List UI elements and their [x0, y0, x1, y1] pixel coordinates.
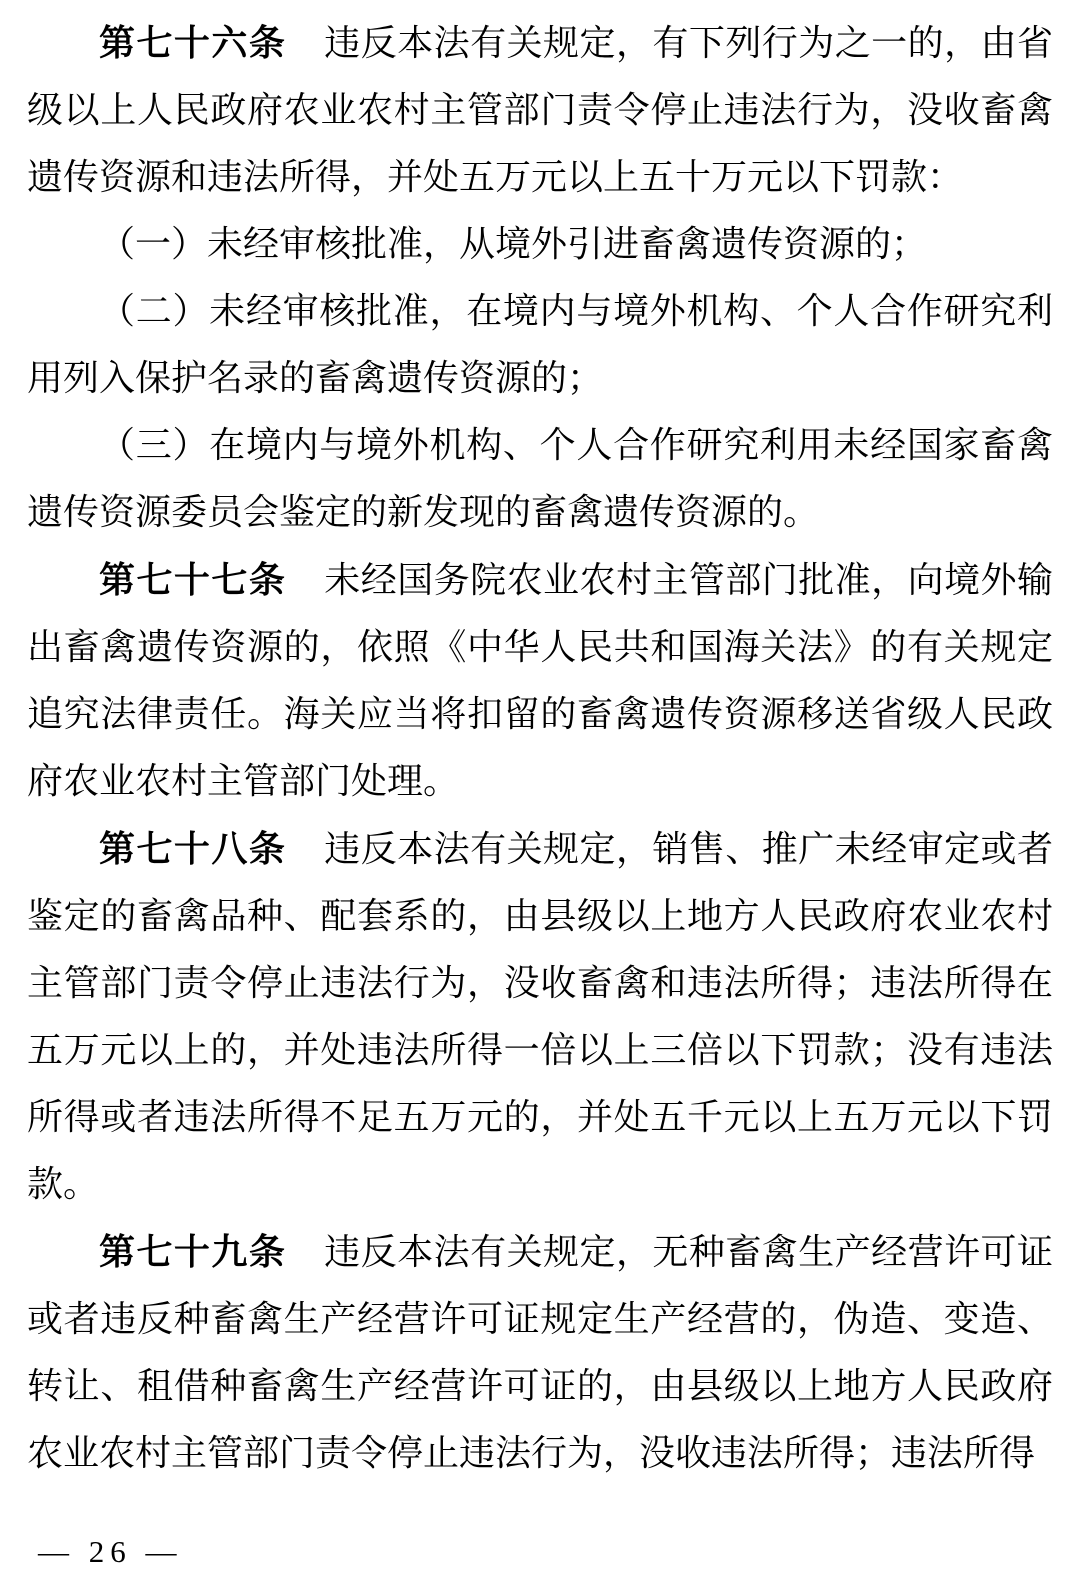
- article-77-number: 第七十七条: [99, 559, 286, 600]
- article-79-number: 第七十九条: [99, 1231, 286, 1272]
- article-76-item-3: （三）在境内与境外机构、个人合作研究利用未经国家畜禽遗传资源委员会鉴定的新发现的…: [27, 412, 1053, 546]
- page-footer: — 26 —: [38, 1532, 183, 1572]
- article-76-item-2-text: （二）未经审核批准，在境内与境外机构、个人合作研究利用列入保护名录的畜禽遗传资源…: [27, 291, 1053, 398]
- article-76-item-1: （一）未经审核批准，从境外引进畜禽遗传资源的；: [27, 211, 1053, 278]
- article-76-item-3-text: （三）在境内与境外机构、个人合作研究利用未经国家畜禽遗传资源委员会鉴定的新发现的…: [27, 425, 1053, 532]
- article-79-paragraph: 第七十九条违反本法有关规定，无种畜禽生产经营许可证或者违反种畜禽生产经营许可证规…: [27, 1218, 1053, 1487]
- article-78-text: 违反本法有关规定，销售、推广未经审定或者鉴定的畜禽品种、配套系的，由县级以上地方…: [27, 829, 1053, 1204]
- document-page: { "document": { "paragraphs": [ { "lead"…: [0, 0, 1080, 1596]
- article-78-number: 第七十八条: [99, 828, 286, 869]
- document-body: 第七十六条违反本法有关规定，有下列行为之一的，由省级以上人民政府农业农村主管部门…: [0, 0, 1080, 1487]
- page-number: — 26 —: [38, 1534, 183, 1569]
- article-78-paragraph: 第七十八条违反本法有关规定，销售、推广未经审定或者鉴定的畜禽品种、配套系的，由县…: [27, 815, 1053, 1218]
- article-76-item-2: （二）未经审核批准，在境内与境外机构、个人合作研究利用列入保护名录的畜禽遗传资源…: [27, 278, 1053, 412]
- article-76-item-1-text: （一）未经审核批准，从境外引进畜禽遗传资源的；: [99, 224, 927, 264]
- article-76-number: 第七十六条: [99, 22, 286, 63]
- article-77-paragraph: 第七十七条未经国务院农业农村主管部门批准，向境外输出畜禽遗传资源的，依照《中华人…: [27, 546, 1053, 815]
- article-76-paragraph: 第七十六条违反本法有关规定，有下列行为之一的，由省级以上人民政府农业农村主管部门…: [27, 9, 1053, 211]
